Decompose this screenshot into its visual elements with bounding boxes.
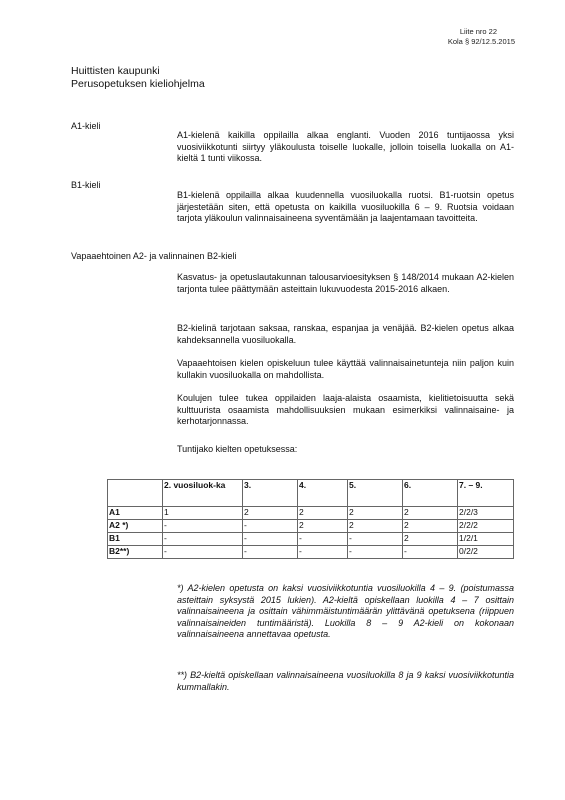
document-header: Huittisten kaupunki Perusopetuksen kieli…: [71, 65, 205, 91]
table-row: B2**) - - - - - 0/2/2: [108, 546, 514, 559]
table-cell: 2/2/2: [458, 520, 514, 533]
table-header-cell: 5.: [348, 480, 403, 507]
table-cell: -: [163, 520, 243, 533]
table-cell: 0/2/2: [458, 546, 514, 559]
table-cell: 1: [163, 507, 243, 520]
document-title: Perusopetuksen kieliohjelma: [71, 78, 205, 91]
row-header-cell: A1: [108, 507, 163, 520]
table-cell: -: [243, 533, 298, 546]
table-cell: -: [243, 546, 298, 559]
table-header-cell: 2. vuosiluok-ka: [163, 480, 243, 507]
table-cell: -: [403, 546, 458, 559]
section-paragraph: Vapaaehtoisen kielen opiskeluun tulee kä…: [177, 358, 514, 381]
table-cell: 2: [403, 507, 458, 520]
section-text-a1: A1-kielenä kaikilla oppilailla alkaa eng…: [177, 130, 514, 165]
table-cell: 2: [403, 533, 458, 546]
meeting-reference: Kola § 92/12.5.2015: [448, 37, 515, 47]
table-cell: -: [163, 546, 243, 559]
appendix-number: Liite nro 22: [448, 27, 515, 37]
table-header-cell: 4.: [298, 480, 348, 507]
section-label-a1: A1-kieli: [71, 121, 101, 132]
table-cell: 2: [243, 507, 298, 520]
section-paragraph: Kasvatus- ja opetuslautakunnan talousarv…: [177, 272, 514, 295]
table-cell: -: [298, 533, 348, 546]
table-cell: -: [243, 520, 298, 533]
table-cell: 2: [298, 520, 348, 533]
organization-name: Huittisten kaupunki: [71, 65, 205, 78]
table-cell: 2: [348, 507, 403, 520]
row-header-cell: B1: [108, 533, 163, 546]
table-row: B1 - - - - 2 1/2/1: [108, 533, 514, 546]
row-header-cell: B2**): [108, 546, 163, 559]
table-cell: -: [163, 533, 243, 546]
section-paragraph: Tuntijako kielten opetuksessa:: [177, 444, 514, 456]
row-header-cell: A2 *): [108, 520, 163, 533]
reference-block: Liite nro 22 Kola § 92/12.5.2015: [448, 27, 515, 47]
table-header-cell: 3.: [243, 480, 298, 507]
table-header-cell: [108, 480, 163, 507]
table-cell: 2: [348, 520, 403, 533]
table-cell: 2: [298, 507, 348, 520]
table-cell: 2: [403, 520, 458, 533]
table-header-cell: 6.: [403, 480, 458, 507]
table-cell: -: [298, 546, 348, 559]
table-cell: -: [348, 546, 403, 559]
section-text-b1: B1-kielenä oppilailla alkaa kuudennella …: [177, 190, 514, 225]
language-hours-table: 2. vuosiluok-ka 3. 4. 5. 6. 7. – 9. A1 1…: [107, 479, 514, 559]
footnote-b2: **) B2-kieltä opiskellaan valinnaisainee…: [177, 670, 514, 693]
section-label-a2b2: Vapaaehtoinen A2- ja valinnainen B2-kiel…: [71, 251, 236, 262]
section-paragraph: Koulujen tulee tukea oppilaiden laaja-al…: [177, 393, 514, 428]
table-header-row: 2. vuosiluok-ka 3. 4. 5. 6. 7. – 9.: [108, 480, 514, 507]
table-cell: 1/2/1: [458, 533, 514, 546]
table-row: A1 1 2 2 2 2 2/2/3: [108, 507, 514, 520]
table-cell: 2/2/3: [458, 507, 514, 520]
table-cell: -: [348, 533, 403, 546]
footnote-a2: *) A2-kielen opetusta on kaksi vuosiviik…: [177, 583, 514, 641]
table-header-cell: 7. – 9.: [458, 480, 514, 507]
section-paragraph: B2-kielinä tarjotaan saksaa, ranskaa, es…: [177, 323, 514, 346]
table-row: A2 *) - - 2 2 2 2/2/2: [108, 520, 514, 533]
section-label-b1: B1-kieli: [71, 180, 101, 191]
